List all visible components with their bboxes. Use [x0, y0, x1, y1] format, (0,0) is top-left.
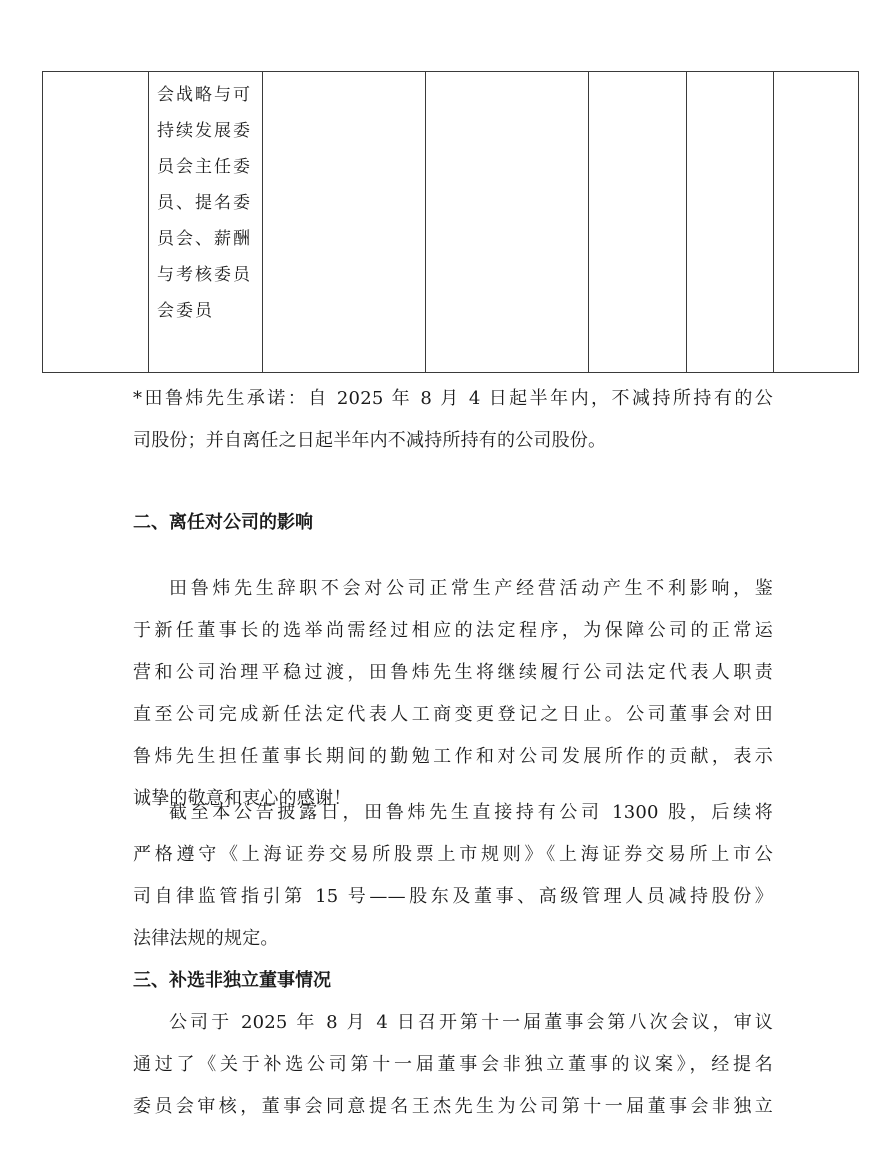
- para-line: 司自律监管指引第 15 号——股东及董事、高级管理人员减持股份》: [133, 876, 773, 918]
- para-line: 截至本公告披露日，田鲁炜先生直接持有公司 1300 股，后续将: [133, 792, 773, 834]
- cell-line: 持续发展委: [157, 113, 262, 149]
- cell-line: 会委员: [157, 293, 262, 329]
- section2-paragraph2: 截至本公告披露日，田鲁炜先生直接持有公司 1300 股，后续将 严格遵守《上海证…: [133, 792, 773, 960]
- table-cell: [589, 72, 687, 373]
- table-cell: [774, 72, 859, 373]
- para-line: 公司于 2025 年 8 月 4 日召开第十一届董事会第八次会议，审议: [133, 1002, 773, 1044]
- para-line: 营和公司治理平稳过渡，田鲁炜先生将继续履行公司法定代表人职责: [133, 652, 773, 694]
- table-cell: [426, 72, 589, 373]
- table-cell-name: [43, 72, 149, 373]
- section-heading-by-election: 三、补选非独立董事情况: [133, 966, 331, 992]
- para-line: 直至公司完成新任法定代表人工商变更登记之日止。公司董事会对田: [133, 694, 773, 736]
- cell-line: 会战略与可: [157, 77, 262, 113]
- para-line: 严格遵守《上海证券交易所股票上市规则》《上海证券交易所上市公: [133, 834, 773, 876]
- table-row: 会战略与可 持续发展委 员会主任委 员、提名委 员会、薪酬 与考核委员 会委员: [43, 72, 859, 373]
- cell-line: 与考核委员: [157, 257, 262, 293]
- footnote: *田鲁炜先生承诺：自 2025 年 8 月 4 日起半年内，不减持所持有的公 司…: [133, 378, 773, 462]
- cell-line: 员会主任委: [157, 149, 262, 185]
- table-cell: [263, 72, 426, 373]
- para-line: 通过了《关于补选公司第十一届董事会非独立董事的议案》，经提名: [133, 1044, 773, 1086]
- para-line: 法律法规的规定。: [133, 918, 773, 960]
- director-info-table: 会战略与可 持续发展委 员会主任委 员、提名委 员会、薪酬 与考核委员 会委员: [42, 71, 859, 373]
- para-line: 委员会审核，董事会同意提名王杰先生为公司第十一届董事会非独立: [133, 1086, 773, 1128]
- cell-line: 员会、薪酬: [157, 221, 262, 257]
- footnote-line: 司股份；并自离任之日起半年内不减持所持有的公司股份。: [133, 420, 773, 462]
- section2-paragraph1: 田鲁炜先生辞职不会对公司正常生产经营活动产生不利影响，鉴 于新任董事长的选举尚需…: [133, 568, 773, 820]
- para-line: 鲁炜先生担任董事长期间的勤勉工作和对公司发展所作的贡献，表示: [133, 736, 773, 778]
- para-line: 于新任董事长的选举尚需经过相应的法定程序，为保障公司的正常运: [133, 610, 773, 652]
- section-heading-impact: 二、离任对公司的影响: [133, 508, 313, 534]
- table-cell-position: 会战略与可 持续发展委 员会主任委 员、提名委 员会、薪酬 与考核委员 会委员: [149, 72, 263, 373]
- table-cell: [687, 72, 774, 373]
- cell-line: 员、提名委: [157, 185, 262, 221]
- footnote-line: *田鲁炜先生承诺：自 2025 年 8 月 4 日起半年内，不减持所持有的公: [133, 378, 773, 420]
- para-line: 田鲁炜先生辞职不会对公司正常生产经营活动产生不利影响，鉴: [133, 568, 773, 610]
- section3-paragraph1: 公司于 2025 年 8 月 4 日召开第十一届董事会第八次会议，审议 通过了《…: [133, 1002, 773, 1128]
